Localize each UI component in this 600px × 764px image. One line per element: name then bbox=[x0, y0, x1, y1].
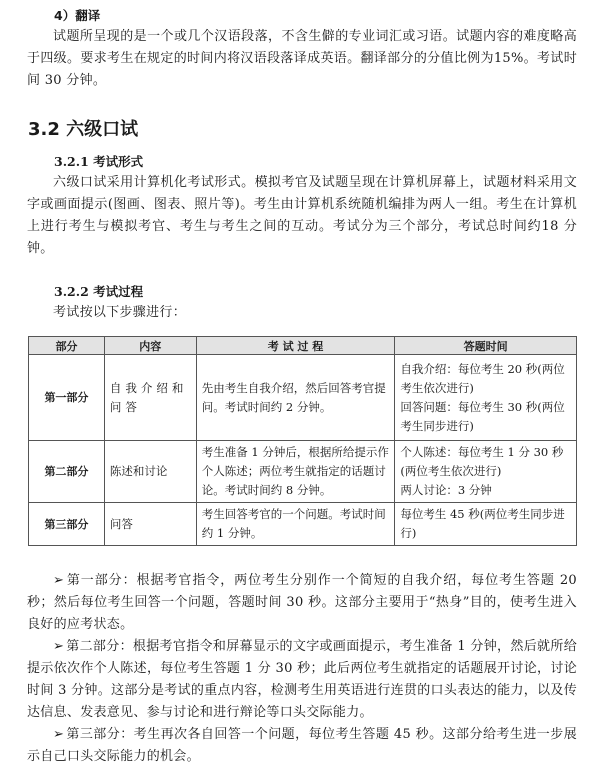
process-intro: 考试按以下步骤进行： bbox=[27, 302, 577, 324]
bullet-item-part1: ➢第一部分：根据考官指令，两位考生分别作一个简短的自我介绍，每位考生答题 20 … bbox=[27, 570, 577, 636]
bullet-item-part3: ➢第三部分：考生再次各自回答一个问题，每位考生答题 45 秒。这部分给考生进一步… bbox=[27, 724, 577, 764]
time-line: 回答问题：每位考生 30 秒(两位考生同步进行) bbox=[400, 398, 571, 436]
bullet-text: 第一部分：根据考官指令，两位考生分别作一个简短的自我介绍，每位考生答题 20 秒… bbox=[27, 573, 577, 632]
time-line: 自我介绍：每位考生 20 秒(两位考生依次进行) bbox=[400, 360, 571, 398]
time-line: 每位考生 45 秒(两位考生同步进行) bbox=[400, 505, 571, 543]
bullet-list: ➢第一部分：根据考官指令，两位考生分别作一个简短的自我介绍，每位考生答题 20 … bbox=[27, 570, 577, 764]
cell-part: 第三部分 bbox=[29, 503, 105, 546]
bullet-text: 第二部分：根据考官指令和屏幕显示的文字或画面提示，考生准备 1 分钟，然后就所给… bbox=[27, 639, 577, 720]
header-content: 内容 bbox=[104, 337, 196, 355]
section-heading: 3.2 六级口试 bbox=[28, 118, 578, 142]
arrow-bullet-icon: ➢ bbox=[53, 639, 64, 654]
exam-process-table: 部分 内容 考 试 过 程 答题时间 第一部分 自我介绍和问答 先由考生自我介绍… bbox=[28, 336, 577, 546]
bullet-item-part2: ➢第二部分：根据考官指令和屏幕显示的文字或画面提示，考生准备 1 分钟，然后就所… bbox=[27, 636, 577, 724]
cell-time: 自我介绍：每位考生 20 秒(两位考生依次进行) 回答问题：每位考生 30 秒(… bbox=[395, 355, 577, 441]
cell-process: 考生回答考官的一个问题。考试时间约 1 分钟。 bbox=[196, 503, 395, 546]
translation-paragraph: 试题所呈现的是一个或几个汉语段落，不含生僻的专业词汇或习语。试题内容的难度略高于… bbox=[27, 26, 577, 92]
cell-time: 个人陈述：每位考生 1 分 30 秒(两位考生依次进行) 两人讨论：3 分钟 bbox=[395, 441, 577, 503]
bullet-text: 第三部分：考生再次各自回答一个问题，每位考生答题 45 秒。这部分给考生进一步展… bbox=[27, 727, 577, 764]
format-title: 3.2.1 考试形式 bbox=[27, 152, 577, 172]
header-process: 考 试 过 程 bbox=[196, 337, 395, 355]
table-row: 第二部分 陈述和讨论 考生准备 1 分钟后，根据所给提示作个人陈述；两位考生就指… bbox=[29, 441, 577, 503]
process-section: 3.2.2 考试过程 考试按以下步骤进行： bbox=[27, 282, 577, 324]
cell-part: 第二部分 bbox=[29, 441, 105, 503]
cell-content: 问答 bbox=[104, 503, 196, 546]
cell-part: 第一部分 bbox=[29, 355, 105, 441]
cell-content: 自我介绍和问答 bbox=[104, 355, 196, 441]
cell-process: 先由考生自我介绍，然后回答考官提问。考试时间约 2 分钟。 bbox=[196, 355, 395, 441]
cell-process: 考生准备 1 分钟后，根据所给提示作个人陈述；两位考生就指定的话题讨论。考试时间… bbox=[196, 441, 395, 503]
arrow-bullet-icon: ➢ bbox=[53, 727, 64, 742]
time-line: 个人陈述：每位考生 1 分 30 秒(两位考生依次进行) bbox=[400, 443, 571, 481]
translation-heading: 4）翻译 bbox=[27, 6, 577, 26]
header-time: 答题时间 bbox=[395, 337, 577, 355]
time-line: 两人讨论：3 分钟 bbox=[400, 481, 571, 500]
format-paragraph: 六级口试采用计算机化考试形式。模拟考官及试题呈现在计算机屏幕上，试题材料采用文字… bbox=[27, 172, 577, 260]
document-page: 4）翻译 试题所呈现的是一个或几个汉语段落，不含生僻的专业词汇或习语。试题内容的… bbox=[0, 0, 600, 764]
table-row: 第三部分 问答 考生回答考官的一个问题。考试时间约 1 分钟。 每位考生 45 … bbox=[29, 503, 577, 546]
section-title: 3.2 六级口试 bbox=[28, 118, 578, 142]
header-part: 部分 bbox=[29, 337, 105, 355]
format-section: 3.2.1 考试形式 六级口试采用计算机化考试形式。模拟考官及试题呈现在计算机屏… bbox=[27, 152, 577, 260]
cell-time: 每位考生 45 秒(两位考生同步进行) bbox=[395, 503, 577, 546]
table-header-row: 部分 内容 考 试 过 程 答题时间 bbox=[29, 337, 577, 355]
translation-section: 4）翻译 试题所呈现的是一个或几个汉语段落，不含生僻的专业词汇或习语。试题内容的… bbox=[27, 6, 577, 92]
table-row: 第一部分 自我介绍和问答 先由考生自我介绍，然后回答考官提问。考试时间约 2 分… bbox=[29, 355, 577, 441]
cell-content: 陈述和讨论 bbox=[104, 441, 196, 503]
process-title: 3.2.2 考试过程 bbox=[27, 282, 577, 302]
arrow-bullet-icon: ➢ bbox=[53, 573, 64, 588]
